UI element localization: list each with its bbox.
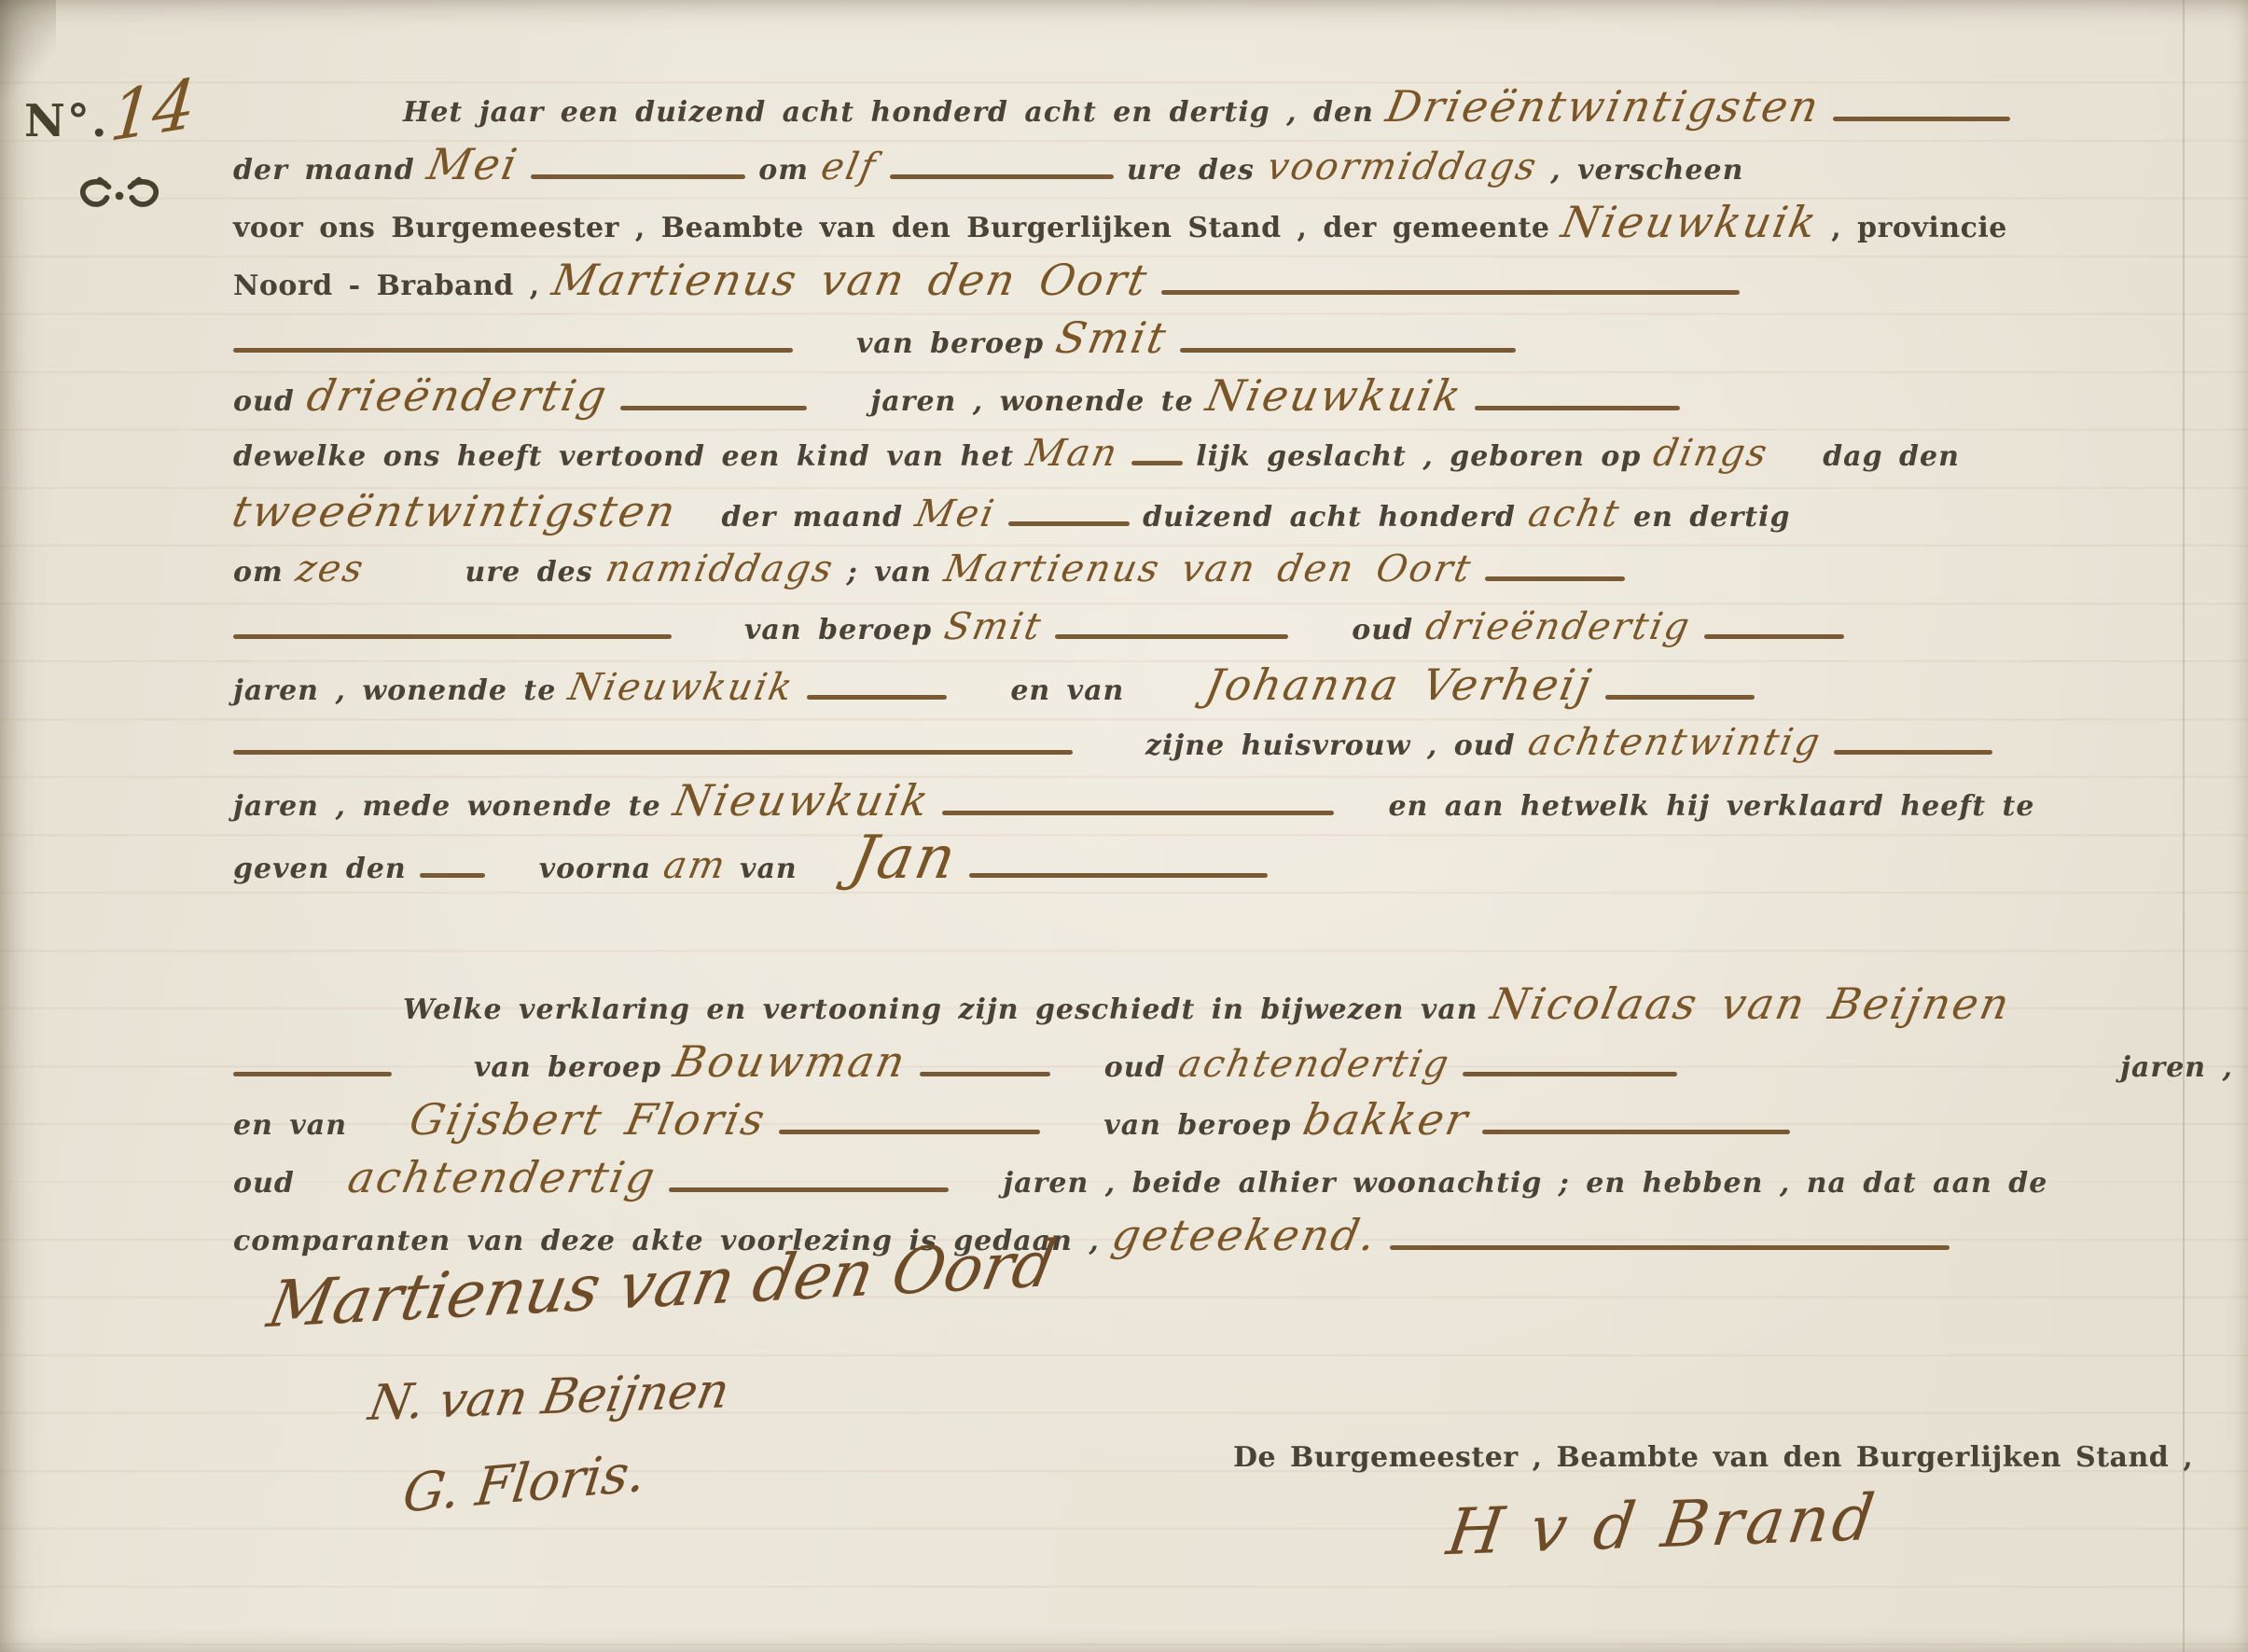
printed-text: jaren , mede wonende te — [233, 781, 661, 833]
spacer — [962, 1191, 990, 1192]
ink-filler-line — [233, 348, 793, 353]
handwritten-entry: Nicolaas van Beijnen — [1486, 978, 2015, 1030]
printer-ornament-icon — [75, 174, 164, 218]
printed-text: voor ons Burgemeester , Beambte van den … — [233, 202, 1549, 255]
act-body: Het jaar een duizend acht honderd acht e… — [233, 80, 2246, 1267]
spacer — [685, 638, 731, 639]
ink-filler-line — [1463, 1072, 1677, 1076]
handwritten-entry: am — [659, 840, 732, 892]
spacer — [1086, 754, 1132, 755]
ink-filler-line — [1605, 695, 1755, 700]
handwritten-entry: Bouwman — [670, 1035, 912, 1088]
ink-filler-line — [807, 695, 947, 700]
printed-text: oud — [233, 1158, 295, 1210]
printed-text: jaren , wonende te — [233, 665, 556, 717]
handwritten-entry: acht — [1523, 488, 1625, 540]
signature-3: G. Floris. — [399, 1442, 648, 1525]
spacer — [1347, 814, 1375, 815]
handwritten-entry: bakker — [1299, 1093, 1475, 1145]
handwritten-entry: Mei — [423, 138, 522, 190]
act-line: voor ons Burgemeester , Beambte van den … — [233, 196, 2246, 254]
printed-text: ure des — [1127, 145, 1255, 197]
officiant-block: De Burgemeester , Beambte van den Burger… — [1233, 1441, 2193, 1562]
handwritten-entry: achtendertig — [343, 1151, 660, 1203]
ink-filler-line — [779, 1130, 1040, 1134]
spacer — [1301, 638, 1339, 639]
handwritten-entry: achtentwintig — [1523, 716, 1825, 769]
printed-text: en van — [233, 1100, 347, 1152]
spacer — [1063, 1076, 1091, 1076]
ink-filler-line — [920, 1072, 1050, 1076]
handwritten-entry: Nieuwkuik — [1558, 196, 1824, 248]
printed-text: van beroep — [856, 318, 1044, 370]
printed-text: van beroep — [474, 1042, 661, 1094]
printed-text: en dertig — [1633, 492, 1790, 544]
printed-text: voorna — [539, 843, 652, 895]
handwritten-entry: Johanna Verheij — [1201, 659, 1598, 711]
printed-text: der maand — [721, 492, 903, 544]
signature-2: N. van Beijnen — [365, 1363, 734, 1432]
ink-filler-line — [1482, 1130, 1790, 1134]
printed-text: om — [758, 145, 809, 197]
printed-text: oud — [1104, 1042, 1166, 1094]
printed-text: om — [233, 547, 284, 599]
printed-text: jaren , wonende te — [870, 376, 1193, 428]
printed-text: der maand — [233, 145, 415, 197]
officiant-title: De Burgemeester , Beambte van den Burger… — [1233, 1441, 2193, 1474]
printed-text: dag den — [1823, 431, 1960, 483]
act-line: Welke verklaring en vertooning zijn gesc… — [233, 978, 2246, 1035]
act-line: ouddrieëndertigjaren , wonende teNieuwku… — [233, 369, 2246, 427]
act-number-value: 14 — [107, 63, 199, 158]
handwritten-entry: Martienus van den Oort — [548, 254, 1153, 306]
handwritten-entry: Martienus van den Oort — [939, 543, 1477, 595]
handwritten-entry: Nieuwkuik — [1201, 369, 1467, 422]
printed-text: dewelke ons heeft vertoond een kind van … — [233, 431, 1014, 483]
ink-filler-line — [1833, 117, 2010, 121]
printed-text: en aan hetwelk hij verklaard heeft te — [1388, 781, 2034, 833]
ink-filler-line — [669, 1187, 949, 1192]
ink-filler-line — [531, 174, 745, 179]
spacer — [360, 1133, 397, 1134]
handwritten-entry: achtendertig — [1173, 1038, 1454, 1090]
act-line: Het jaar een duizend acht honderd acht e… — [233, 80, 2246, 138]
spacer — [806, 352, 843, 353]
act-line: van beroepBouwmanoudachtendertigjaren , — [233, 1035, 2246, 1093]
officiant-signature: H v d Brand — [1443, 1481, 1882, 1571]
spacer — [1782, 465, 1810, 465]
act-line: Noord - Braband ,Martienus van den Oort — [233, 254, 2246, 312]
spacer — [820, 410, 857, 410]
act-line: der maandMeiomelfure desvoormiddags, ver… — [233, 138, 2246, 196]
act-line: jaren , mede wonende teNieuwkuiken aan h… — [233, 774, 2246, 832]
handwritten-entry: dings — [1649, 427, 1774, 479]
handwritten-entry: Nieuwkuik — [564, 661, 799, 714]
printed-text: van — [740, 843, 798, 895]
spacer — [960, 699, 997, 700]
act-line: en vanGijsbert Florisvan beroepbakker — [233, 1093, 2246, 1151]
spacer — [811, 877, 839, 878]
printed-text: van beroep — [1103, 1100, 1291, 1152]
ink-filler-line — [620, 406, 807, 410]
spacer — [405, 1076, 461, 1076]
act-line: van beroepSmitouddrieëndertig — [233, 601, 2246, 659]
handwritten-entry: drieëndertig — [302, 369, 612, 422]
spacer — [1053, 1133, 1090, 1134]
printed-text: geven den — [233, 843, 407, 895]
birth-certificate-page: N°. 14 Het jaar een duizend acht honderd… — [0, 0, 2248, 1652]
spacer — [308, 1191, 336, 1192]
printed-text: Het jaar een duizend acht honderd acht e… — [403, 87, 1374, 139]
printed-text: jaren , beide alhier woonachtig ; en heb… — [1003, 1158, 2047, 1210]
spacer — [378, 580, 452, 581]
act-paragraph-1: Het jaar een duizend acht honderd acht e… — [233, 80, 2246, 890]
act-line: zijne huisvrouw , oudachtentwintig — [233, 716, 2246, 774]
printed-text: lijk geslacht , geboren op — [1196, 431, 1641, 483]
act-paragraph-2: Welke verklaring en vertooning zijn gesc… — [233, 978, 2246, 1267]
printed-text: ; van — [847, 547, 932, 599]
ink-filler-line — [1834, 750, 1992, 755]
handwritten-entry: Nieuwkuik — [669, 774, 935, 826]
printed-text: Welke verklaring en vertooning zijn gesc… — [403, 984, 1478, 1036]
handwritten-entry: drieëndertig — [1422, 601, 1696, 653]
printed-text: ure des — [465, 547, 593, 599]
ink-filler-line — [233, 1072, 392, 1076]
handwritten-entry: tweeëntwintigsten — [229, 485, 682, 537]
handwritten-entry: Smit — [1052, 312, 1173, 364]
ink-filler-line — [969, 873, 1268, 878]
ink-filler-line — [1390, 1245, 1950, 1250]
handwritten-entry: voormiddags — [1262, 141, 1542, 193]
act-line: dewelke ons heeft vertoond een kind van … — [233, 427, 2246, 485]
handwritten-entry: Mei — [911, 488, 1001, 540]
ink-filler-line — [1131, 461, 1183, 465]
printed-text: oud — [233, 376, 295, 428]
act-line: jaren , wonende teNieuwkuiken vanJohanna… — [233, 659, 2246, 716]
printed-text: jaren , — [2120, 1042, 2233, 1094]
printed-text: , verscheen — [1550, 145, 1743, 197]
act-line: oudachtendertigjaren , beide alhier woon… — [233, 1151, 2246, 1209]
ink-filler-line — [420, 873, 485, 878]
printed-text: oud — [1352, 604, 1413, 657]
ink-filler-line — [1704, 634, 1844, 639]
handwritten-entry: Man — [1022, 427, 1124, 479]
printed-text: duizend acht honderd — [1143, 492, 1516, 544]
act-line: tweeëntwintigstender maandMeiduizend ach… — [233, 485, 2246, 543]
printed-text: van beroep — [744, 604, 932, 657]
ink-filler-line — [1008, 521, 1130, 526]
scan-edge-shadow — [0, 0, 56, 103]
act-line: van beroepSmit — [233, 312, 2246, 369]
handwritten-entry: elf — [817, 141, 882, 193]
printed-text: Noord - Braband , — [233, 260, 540, 312]
handwritten-entry: zes — [291, 543, 369, 595]
act-line: omzesure desnamiddags; vanMartienus van … — [233, 543, 2246, 601]
printed-text: en van — [1010, 665, 1124, 717]
handwritten-entry: namiddags — [601, 543, 839, 595]
spacer — [498, 877, 526, 878]
act-number-label: N°. — [24, 95, 109, 147]
ink-filler-line — [1055, 634, 1288, 639]
handwritten-entry: Gijsbert Floris — [406, 1093, 771, 1145]
handwritten-entry: Jan — [846, 832, 961, 884]
ink-filler-line — [1475, 406, 1680, 410]
ink-filler-line — [942, 811, 1334, 815]
ink-filler-line — [233, 634, 672, 639]
ink-filler-line — [1180, 348, 1516, 353]
handwritten-entry: Smit — [940, 601, 1048, 653]
ink-filler-line — [233, 750, 1073, 755]
spacer — [689, 525, 708, 526]
printed-text: , provincie — [1831, 202, 2007, 255]
handwritten-entry: geteekend. — [1107, 1209, 1381, 1261]
ink-filler-line — [1161, 290, 1740, 295]
ink-filler-line — [890, 174, 1114, 179]
spacer — [1137, 699, 1193, 700]
ink-filler-line — [1485, 576, 1625, 581]
handwritten-entry: Drieëntwintigsten — [1381, 80, 1825, 132]
act-line: geven denvoornaamvanJan — [233, 832, 2246, 890]
printed-text: zijne huisvrouw , oud — [1145, 720, 1516, 772]
